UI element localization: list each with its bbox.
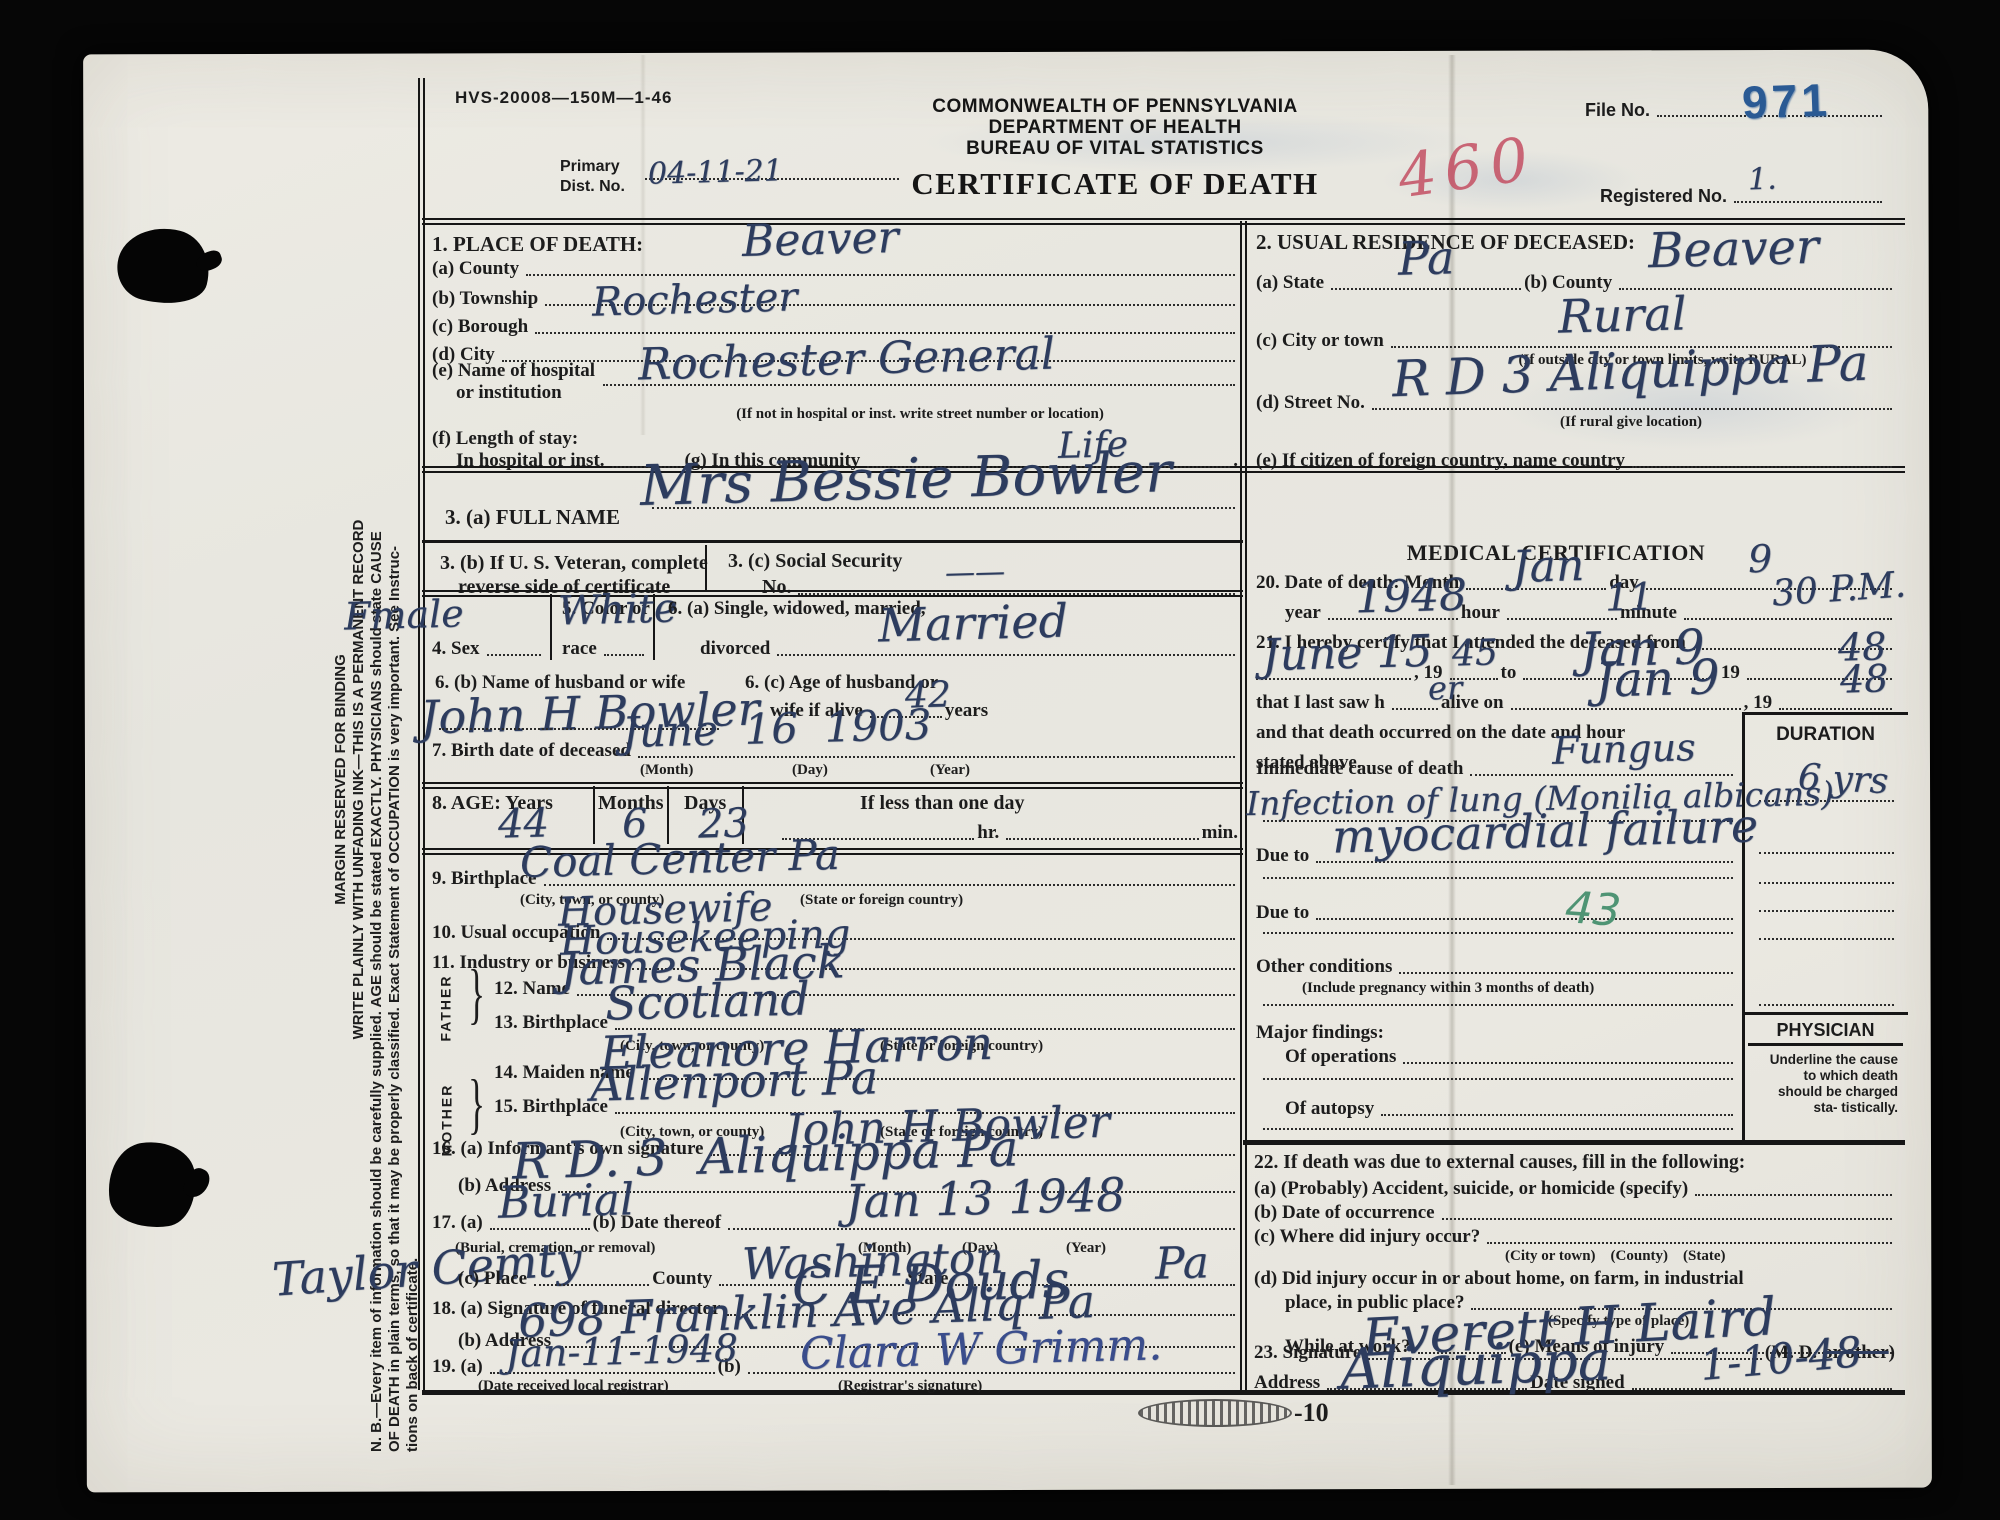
lastseen-value: Jan 9: [1594, 653, 1720, 704]
rule-above-age: [422, 782, 1243, 789]
period: .: [1233, 450, 1238, 472]
age-min-rule: [1006, 836, 1198, 840]
birthplace-note-2: (State or foreign country): [800, 892, 963, 909]
form-number: HVS-20008—150M—1-46: [455, 88, 672, 108]
duration-label: DURATION: [1748, 724, 1903, 746]
physician-address-label: Address: [1254, 1372, 1320, 1394]
registrar-sig-note: (Registrar's signature): [838, 1378, 982, 1395]
physician-label: PHYSICIAN: [1748, 1020, 1903, 1046]
length-of-stay-label: (f) Length of stay:: [432, 428, 578, 450]
due2-rule-2: [1263, 930, 1733, 934]
file-no-label: File No.: [1585, 100, 1650, 121]
full-name-label: 3. (a) FULL NAME: [445, 505, 620, 530]
father-birthplace-label: 13. Birthplace: [494, 1012, 608, 1034]
registered-no-label: Registered No.: [1600, 186, 1727, 207]
death-month-value: Jan: [1511, 544, 1584, 590]
physician-address-value: Aliquippa: [1339, 1333, 1612, 1398]
death-year-label: year: [1285, 602, 1321, 624]
birthdate-year-note: (Year): [930, 762, 970, 779]
residence-city-label: (c) City or town: [1256, 330, 1384, 352]
header-center: COMMONWEALTH OF PENNSYLVANIA DEPARTMENT …: [790, 96, 1440, 202]
department-line: DEPARTMENT OF HEALTH: [790, 117, 1440, 138]
lastseen-line: that I last saw h alive on , 19: [1256, 692, 1895, 714]
due2-value: 43: [1564, 886, 1623, 934]
accident-rule: [1695, 1192, 1892, 1196]
occurrence-date-line: (b) Date of occurrence: [1254, 1202, 1895, 1224]
other-conditions-rule: [1399, 970, 1733, 974]
autopsy-line: Of autopsy: [1285, 1098, 1736, 1120]
other-conditions-note: (Include pregnancy within 3 months of de…: [1302, 980, 1594, 997]
color-label-2: race: [562, 638, 597, 660]
operations-label: Of operations: [1285, 1046, 1396, 1068]
marital-value: Married: [877, 598, 1068, 649]
death-minute-rule: [1684, 616, 1892, 620]
county-label: (a) County: [432, 258, 519, 280]
registrar-sig-value: Clara W Grimm.: [799, 1323, 1162, 1376]
borough-value: Rochester: [592, 277, 798, 322]
attended-from-value: June 15: [1261, 630, 1432, 678]
occurrence-date-rule: [1442, 1216, 1892, 1220]
death-day-value: 9: [1748, 540, 1773, 579]
other-rule-2: [1263, 1002, 1733, 1006]
duration-dotted-3: [1759, 880, 1894, 884]
accident-label: (a) (Probably) Accident, suicide, or hom…: [1254, 1178, 1688, 1200]
due1-value: myocardial failure: [1331, 802, 1758, 859]
birthdate-day-note: (Day): [792, 762, 828, 779]
burial-place-rule: [534, 1282, 649, 1286]
autopsy-rule-2-line: [1256, 1126, 1736, 1134]
due2-rule: [1316, 916, 1733, 920]
footer-mark-row: -10: [1138, 1398, 1368, 1428]
registrar-date-value: Jan-11-1948: [505, 1329, 739, 1373]
hospital-label-1: (e) Name of hospital: [432, 360, 595, 382]
mother-birthplace-value: Allenport Pa: [589, 1054, 878, 1108]
operations-rule-2: [1263, 1076, 1733, 1080]
burial-place-label: (c) Place: [458, 1268, 527, 1290]
marital-label-2: divorced: [700, 638, 770, 660]
county-rule: [526, 272, 1235, 276]
sex-rule: [487, 652, 542, 656]
duration-dotted-4: [1759, 908, 1894, 912]
residence-state-value: Pa: [1397, 234, 1454, 281]
other-conditions-label: Other conditions: [1256, 956, 1392, 978]
due2-line: Due to: [1256, 902, 1736, 924]
registered-no-rule: [1734, 199, 1882, 203]
injury-where-line: (c) Where did injury occur?: [1254, 1226, 1895, 1248]
other-conditions-line: Other conditions: [1256, 956, 1736, 978]
date-thereof-rule: [728, 1226, 1235, 1230]
age-hr-label: hr.: [977, 822, 999, 844]
duration-rule-5: [1752, 936, 1897, 944]
injury-where-rule: [1487, 1240, 1892, 1244]
sex-color-divider: [550, 594, 552, 660]
mother-brace: }: [468, 1064, 485, 1143]
residence-street-note: (If rural give location): [1560, 414, 1702, 431]
lastseen-her-value: er: [1428, 672, 1463, 705]
residence-state-rule: [1331, 286, 1521, 290]
full-name-bottom-rule: [422, 540, 1243, 543]
external-causes-label: 22. If death was due to external causes,…: [1254, 1152, 1745, 1174]
father-side-label: FATHER: [437, 975, 453, 1042]
color-value: White: [557, 588, 677, 631]
due1-rule-2-line: [1256, 875, 1736, 883]
residence-street-rule: [1372, 406, 1892, 410]
in-hospital-label: In hospital or inst.: [456, 450, 605, 472]
lastseen-label-1: that I last saw h: [1256, 692, 1385, 714]
other-rule-2-line: [1256, 1002, 1736, 1010]
borough-label: (c) Borough: [432, 316, 528, 338]
operations-line: Of operations: [1285, 1046, 1736, 1068]
sex-value: Fmale: [344, 594, 465, 635]
operations-rule: [1403, 1060, 1733, 1064]
marital-rule: [777, 652, 1235, 656]
scanned-death-certificate: MARGIN RESERVED FOR BINDING WRITE PLAINL…: [0, 0, 2000, 1520]
residence-street-label: (d) Street No.: [1256, 392, 1365, 414]
hospital-value: Rochester General: [637, 333, 1055, 388]
due2-rule-2-line: [1256, 930, 1736, 938]
lastseen-year-rule: [1779, 706, 1892, 710]
lastseen-19-label: , 19: [1744, 692, 1773, 714]
burial-state-value: Pa: [1154, 1241, 1209, 1286]
township-label: (b) Township: [432, 288, 538, 310]
birthplace-value: Coal Center Pa: [520, 834, 841, 884]
age-less-label: If less than one day: [860, 792, 1024, 815]
sex-label: 4. Sex: [432, 638, 480, 660]
file-no-value: 971: [1741, 76, 1831, 125]
registrar-number: 19. (a): [432, 1356, 483, 1378]
full-name-value: Mrs Bessie Bowler: [639, 445, 1172, 515]
primary-label: Primary: [560, 158, 620, 176]
registered-no-line: Registered No.: [1600, 186, 1885, 207]
lastseen-year: 48: [1840, 659, 1889, 698]
to-label: to: [1501, 662, 1517, 684]
birthdate-month-note: (Month): [640, 762, 693, 779]
registrar-date-note: (Date received local registrar): [478, 1378, 669, 1395]
birthdate-value: June 16 1903: [622, 704, 933, 754]
birthdate-label: 7. Birth date of deceased: [432, 740, 631, 762]
death-hour-rule: [1507, 616, 1617, 620]
autopsy-rule-2: [1263, 1126, 1733, 1130]
county-value: Beaver: [741, 216, 899, 264]
injury-where-note: (City or town) (County) (State): [1505, 1248, 1726, 1265]
duration-dotted-5: [1759, 936, 1894, 940]
veteran-ssn-divider: [705, 545, 707, 590]
color-rule: [604, 652, 644, 656]
certificate-title: CERTIFICATE OF DEATH: [790, 166, 1440, 202]
hospital-label-2: or institution: [456, 382, 562, 404]
cause-value: Fungus: [1552, 728, 1697, 770]
red-stamp-460: 460: [1394, 129, 1540, 208]
death-minute-value: 30 P.M.: [1771, 567, 1907, 612]
commonwealth-line: COMMONWEALTH OF PENNSYLVANIA: [790, 96, 1440, 117]
date-thereof-value: Jan 13 1948: [844, 1171, 1125, 1224]
major-findings-label: Major findings:: [1256, 1022, 1384, 1044]
father-birthplace-value: Scotland: [604, 975, 810, 1026]
duration-rule-4: [1752, 908, 1897, 916]
residence-city-value: Rural: [1557, 290, 1687, 339]
death-year-value: 1948: [1354, 574, 1467, 621]
registered-no-value: 1.: [1748, 165, 1777, 196]
place-of-death-title: 1. PLACE OF DEATH:: [432, 232, 643, 257]
md-close-label: ): [1889, 1342, 1895, 1364]
physician-note: Underline the cause to which death shoul…: [1756, 1052, 1898, 1116]
age-hr-min-line: hr. min.: [775, 822, 1238, 844]
residence-foreign-rule: [1632, 464, 1892, 468]
residence-state-label: (a) State: [1256, 272, 1324, 294]
residence-foreign-label: (e) If citizen of foreign country, name …: [1256, 450, 1625, 472]
injury-home-label-1: (d) Did injury occur in or about home, o…: [1254, 1268, 1744, 1290]
birthdate-rule: [638, 754, 1235, 758]
operations-rule-2-line: [1256, 1076, 1736, 1084]
township-line: (b) Township: [432, 288, 1238, 310]
residence-county-value: Beaver: [1647, 223, 1819, 275]
rule-under-3bc: [422, 590, 1243, 597]
ssn-value: ——: [945, 557, 1006, 589]
duration-rule-2: [1752, 850, 1897, 858]
rule-above-22: [1243, 1140, 1905, 1145]
accident-line: (a) (Probably) Accident, suicide, or hom…: [1254, 1178, 1895, 1200]
due1-label: Due to: [1256, 845, 1309, 867]
autopsy-rule: [1381, 1112, 1733, 1116]
footer-mark: -10: [1294, 1398, 1329, 1428]
bureau-line: BUREAU OF VITAL STATISTICS: [790, 138, 1440, 159]
disposition-number: 17. (a): [432, 1212, 483, 1234]
autopsy-label: Of autopsy: [1285, 1098, 1374, 1120]
printer-ornament: [1138, 1399, 1292, 1427]
sex-line: 4. Sex: [432, 638, 544, 660]
duration-rule-3: [1752, 880, 1897, 888]
thereof-year-note: (Year): [1066, 1240, 1106, 1257]
duration-dotted-2: [1759, 850, 1894, 854]
occurrence-date-label: (b) Date of occurrence: [1254, 1202, 1435, 1224]
duration-dotted-6: [1759, 1002, 1894, 1006]
duration-rule-6: [1752, 1002, 1897, 1010]
due1-rule-2: [1263, 875, 1733, 879]
father-name-label: 12. Name: [494, 978, 570, 1000]
dist-no-value: 04-11-21: [648, 156, 784, 190]
dist-no-label: Dist. No.: [560, 178, 625, 196]
ssn-label-1: 3. (c) Social Security: [728, 550, 902, 573]
age-min-label: min.: [1202, 822, 1238, 844]
veteran-label-1: 3. (b) If U. S. Veteran, complete: [440, 552, 708, 575]
hospital-note: (If not in hospital or inst. write stree…: [600, 406, 1240, 423]
death-hour-value: 11: [1605, 577, 1654, 616]
disposition-value: Burial: [497, 1178, 634, 1226]
injury-where-label: (c) Where did injury occur?: [1254, 1226, 1480, 1248]
cause-label: Immediate cause of death: [1256, 758, 1463, 780]
date-signed-rule: [1632, 1386, 1892, 1390]
file-no-line: File No.: [1585, 100, 1885, 121]
attended-from-year: 45: [1452, 635, 1499, 672]
father-brace: }: [468, 954, 485, 1033]
color-line: race: [562, 638, 647, 660]
due2-label: Due to: [1256, 902, 1309, 924]
residence-foreign-line: (e) If citizen of foreign country, name …: [1256, 450, 1895, 472]
